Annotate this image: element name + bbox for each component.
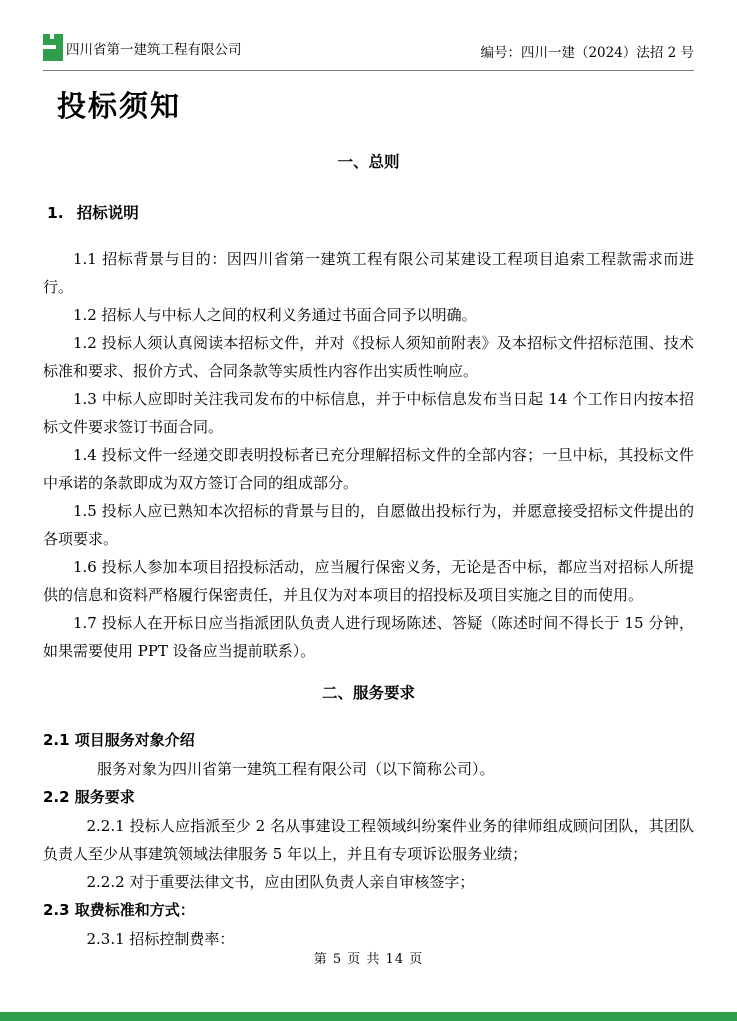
clause-1-3: 1.3 中标人应即时关注我司发布的中标信息，并于中标信息发布当日起 14 个工作… xyxy=(43,385,694,441)
clause-2-2-1: 2.2.1 投标人应指派至少 2 名从事建设工程领域纠纷案件业务的律师组成顾问团… xyxy=(43,812,694,868)
company-name: 四川省第一建筑工程有限公司 xyxy=(66,38,242,58)
page-header: 四川省第一建筑工程有限公司 编号：四川一建（2024）法招 2 号 xyxy=(43,34,694,71)
company-logo-icon xyxy=(43,34,63,61)
clause-1-1: 1.1 招标背景与目的：因四川省第一建筑工程有限公司某建设工程项目追索工程款需求… xyxy=(43,245,694,301)
heading-2-3: 2.3 取费标准和方式： xyxy=(43,896,694,925)
clause-1-6: 1.6 投标人参加本项目招投标活动，应当履行保密义务，无论是否中标，都应当对招标… xyxy=(43,553,694,609)
clause-1-5: 1.5 投标人应已熟知本次招标的背景与目的，自愿做出投标行为，并愿意接受招标文件… xyxy=(43,497,694,553)
clause-2-1: 服务对象为四川省第一建筑工程有限公司（以下简称公司）。 xyxy=(43,755,694,783)
item-number: 1. xyxy=(47,202,64,224)
document-page: 四川省第一建筑工程有限公司 编号：四川一建（2024）法招 2 号 投标须知 一… xyxy=(0,0,737,1021)
item-heading-bid-description: 1.招标说明 xyxy=(43,202,694,224)
bottom-accent-bar xyxy=(0,1012,737,1021)
clause-1-2a: 1.2 招标人与中标人之间的权利义务通过书面合同予以明确。 xyxy=(43,301,694,329)
clause-1-4: 1.4 投标文件一经递交即表明投标者已充分理解招标文件的全部内容；一旦中标，其投… xyxy=(43,441,694,497)
clause-1-2b: 1.2 投标人须认真阅读本招标文件，并对《投标人须知前附表》及本招标文件招标范围… xyxy=(43,329,694,385)
item-title: 招标说明 xyxy=(77,204,139,222)
clause-2-2-2: 2.2.2 对于重要法律文书，应由团队负责人亲自审核签字； xyxy=(43,868,694,896)
clause-1-7: 1.7 投标人在开标日应当指派团队负责人进行现场陈述、答疑（陈述时间不得长于 1… xyxy=(43,609,694,665)
page-number: 第 5 页 共 14 页 xyxy=(0,948,737,967)
doc-number: 编号：四川一建（2024）法招 2 号 xyxy=(480,41,694,61)
doc-title: 投标须知 xyxy=(57,88,694,124)
section-heading-general: 一、总则 xyxy=(43,151,694,173)
heading-2-1: 2.1 项目服务对象介绍 xyxy=(43,726,694,755)
heading-2-2: 2.2 服务要求 xyxy=(43,783,694,812)
header-company: 四川省第一建筑工程有限公司 xyxy=(43,34,242,61)
section-heading-service: 二、服务要求 xyxy=(43,682,694,704)
